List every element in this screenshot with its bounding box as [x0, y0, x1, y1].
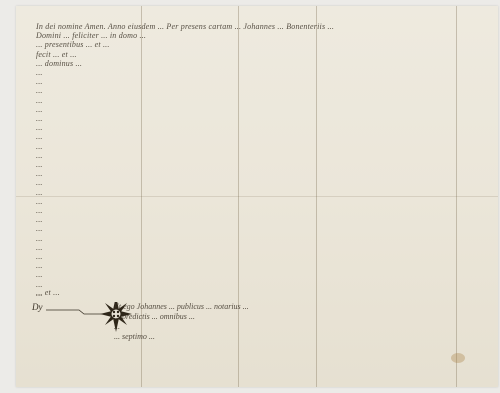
parchment-document: In dei nomine Amen. Anno eiusdem ... Per… — [16, 6, 498, 387]
notary-subscription-line: ... — [114, 322, 488, 332]
charter-closing-line: ... et ... — [36, 288, 198, 298]
notary-subscription-line: ... predictis ... omnibus ... — [114, 312, 488, 322]
stain — [451, 353, 465, 363]
notary-subscription-line: ... septimo ... — [114, 332, 488, 342]
notary-subscription-line: Et ego Johannes ... publicus ... notariu… — [114, 302, 488, 312]
